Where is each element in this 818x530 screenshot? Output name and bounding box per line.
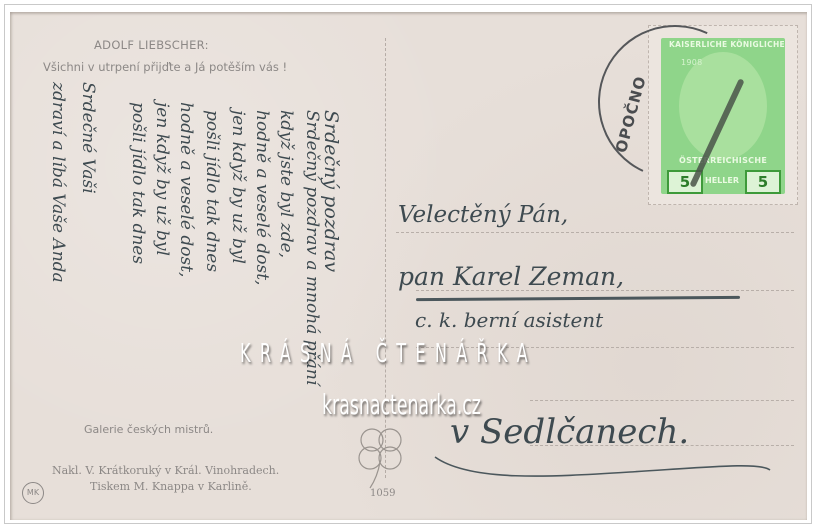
address-salutation: Velectěný Pán, bbox=[398, 202, 568, 228]
message-column: když jste byl zde, bbox=[276, 110, 296, 258]
message-column: hodně a veselé dost, bbox=[176, 102, 196, 277]
printed-publisher: Nakl. V. Krátkoruký v Král. Vinohradech. bbox=[52, 464, 279, 477]
printed-printer: Tiskem M. Knappa v Karlině. bbox=[90, 480, 252, 493]
message-column: pošli jídlo tak dnes bbox=[128, 102, 148, 264]
message-column: Srdečné Vaši bbox=[78, 82, 98, 194]
message-column: jen když by už byl bbox=[152, 102, 172, 256]
printed-gallery: Galerie českých mistrů. bbox=[84, 423, 213, 436]
message-column: hodně a veselé dost, bbox=[252, 110, 272, 285]
address-name: pan Karel Zeman, bbox=[398, 262, 624, 291]
flourish-stroke bbox=[430, 452, 790, 482]
watermark-url: krasnactenarka.cz bbox=[322, 388, 481, 421]
stamp-currency: HELLER bbox=[705, 176, 739, 185]
message-column: zdraví a líbá Vaše Anda bbox=[48, 82, 68, 283]
address-title: c. k. berní asistent bbox=[415, 308, 603, 332]
printed-author: ADOLF LIEBSCHER: bbox=[94, 38, 209, 52]
printed-motto: Všichni v utrpení přijďte a Já potěším v… bbox=[43, 60, 287, 74]
message-column: Srdečný pozdrav bbox=[342, 110, 504, 132]
watermark-title: KRÁSNÁ ČTENÁŘKA bbox=[240, 339, 537, 369]
publisher-logo-icon: MK bbox=[22, 482, 44, 504]
message-column: jen když by už byl bbox=[228, 110, 248, 264]
message-column: pošli jídlo tak dnes bbox=[202, 110, 222, 272]
address-line bbox=[396, 232, 794, 233]
address-underline bbox=[416, 296, 740, 301]
stamp-value-right: 5 bbox=[745, 170, 781, 194]
clover-emblem-icon bbox=[350, 422, 410, 492]
address-line bbox=[530, 400, 794, 401]
printed-serial: 1059 bbox=[370, 488, 395, 499]
address-town: v Sedlčanech. bbox=[450, 412, 689, 452]
